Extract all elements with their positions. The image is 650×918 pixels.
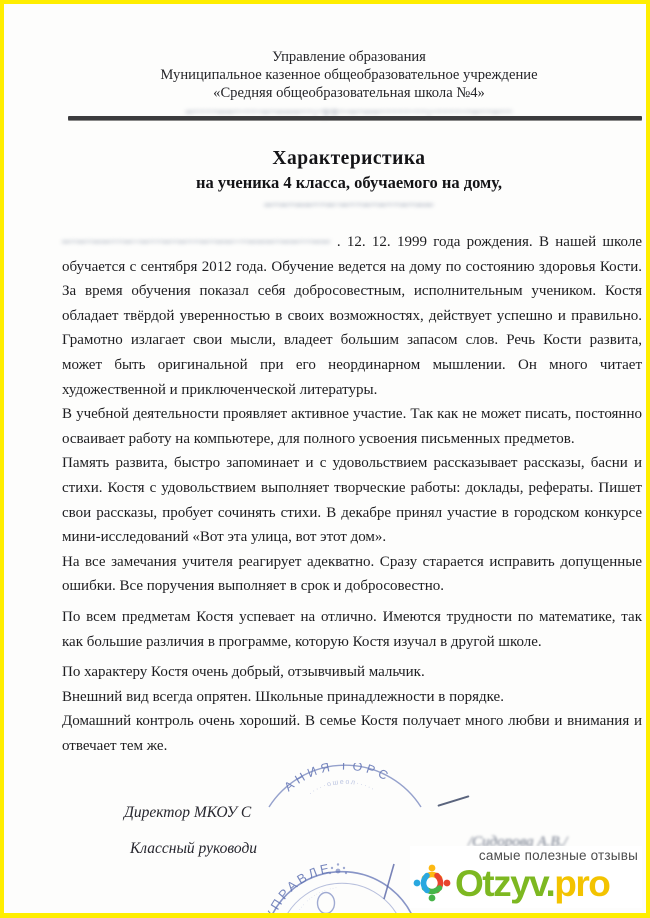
director-signature-label: Директор МКОУ С <box>124 804 251 822</box>
otzyv-brand-text: Otzyv.pro <box>455 865 609 902</box>
director-signature-stroke <box>437 795 469 807</box>
watermark-tagline: самые полезные отзывы <box>479 848 638 863</box>
teacher-label-text: Классный руководи <box>130 840 257 857</box>
document-title: Характеристика <box>52 148 646 170</box>
title-block: Характеристика на ученика 4 класса, обуч… <box>4 148 646 214</box>
paragraph-4: На все замечания учителя реагирует адекв… <box>62 550 642 599</box>
letterhead-line-2: Муниципальное казенное общеобразовательн… <box>52 66 646 84</box>
round-stamp-top-fragment: АНИЯ ГОРС ·····ошеол····· <box>267 763 423 809</box>
brand-dot: . <box>546 863 555 904</box>
paragraph-8: Домашний контроль очень хороший. В семье… <box>62 709 642 758</box>
document-subtitle: на ученика 4 класса, обучаемого на дому, <box>52 173 646 193</box>
paragraph-6: По характеру Костя очень добрый, отзывчи… <box>62 660 642 685</box>
otzyv-watermark: самые полезные отзывы <box>410 846 642 908</box>
brand-pro: pro <box>554 863 609 904</box>
document-body: –·–·––··– –··–·–··–·–– ·–––·––··–– . 12.… <box>62 230 642 758</box>
teacher-signature-label: Классный руководи <box>130 840 257 858</box>
brand-otzyv: Otzyv <box>455 863 546 904</box>
paragraph-1: –·–·––··– –··–·–··–·–– ·–––·––··–– . 12.… <box>62 230 642 402</box>
letterhead-divider-line <box>68 116 642 120</box>
student-name-redacted: –·–·––··– –··–·–··–·–– <box>52 197 646 214</box>
stamp-top-arc-text: АНИЯ ГОРС <box>282 763 394 794</box>
redacted-name-inline: –·–·––··– –··–·–··–·–– ·–––·––··–– <box>62 234 331 250</box>
paragraph-3: Память развита, быстро запоминает и с уд… <box>62 451 642 549</box>
paragraph-7: Внешний вид всегда опрятен. Школьные при… <box>62 685 642 710</box>
paragraph-5: По всем предметам Костя успевает на отли… <box>62 605 642 654</box>
letterhead: Управление образования Муниципальное каз… <box>4 48 646 121</box>
paragraph-2: В учебной деятельности проявляет активно… <box>62 402 642 451</box>
paragraph-1-text: . 12. 12. 1999 года рождения. В нашей шк… <box>62 234 642 398</box>
director-label-text: Директор МКОУ С <box>124 804 251 821</box>
icon-figure-left-blue <box>414 876 427 891</box>
svg-text:АНИЯ ГОРС: АНИЯ ГОРС <box>282 763 394 794</box>
stamp-top-inner-text: ·····ошеол····· <box>308 779 377 797</box>
round-stamp-bottom-fragment: УПРАВЛЕ ··· ········ ··· <box>242 859 432 913</box>
letterhead-line-1: Управление образования <box>52 48 646 66</box>
letterhead-line-3: «Средняя общеобразовательная школа №4» <box>52 84 646 102</box>
scanned-document-page: Управление образования Муниципальное каз… <box>4 4 646 913</box>
stamp-bottom-center-ring <box>318 893 335 914</box>
teacher-signature-stroke <box>384 864 394 899</box>
otzyv-people-icon <box>412 862 452 904</box>
svg-text:·····ошеол·····: ·····ошеол····· <box>308 779 377 797</box>
watermark-logo-row: Otzyv.pro <box>412 862 609 904</box>
